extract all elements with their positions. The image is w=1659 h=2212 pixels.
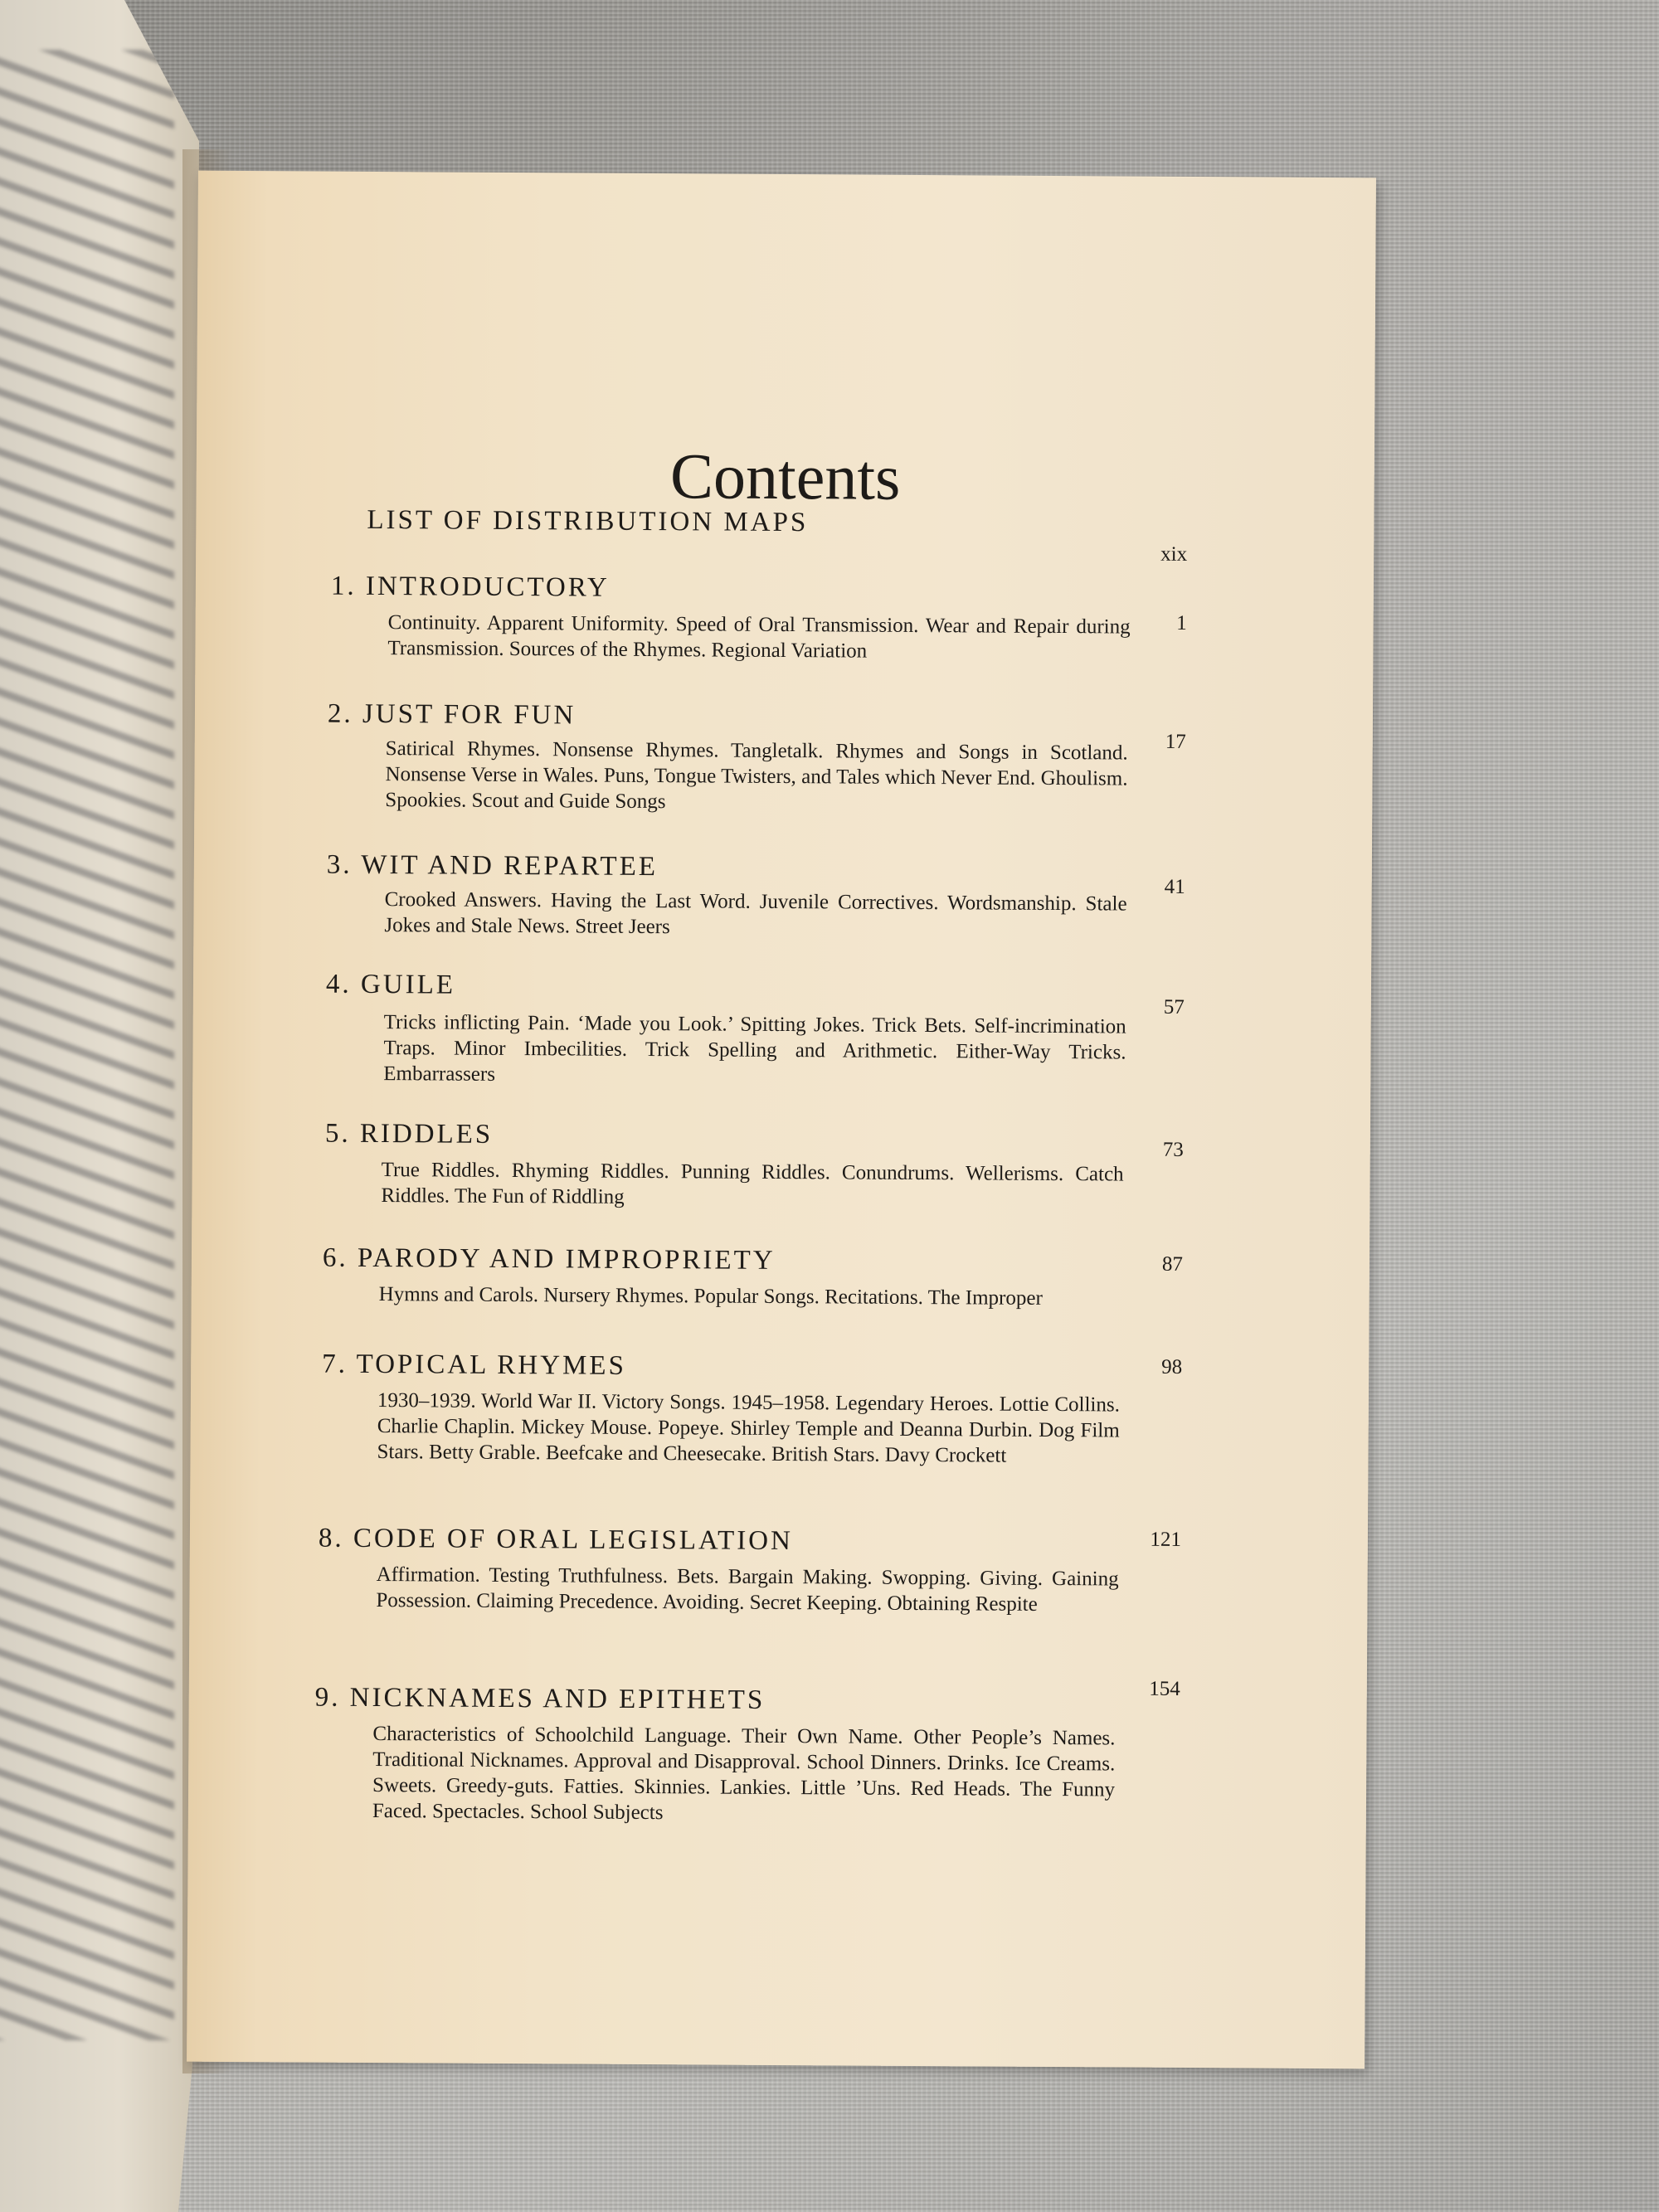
chapter-number: 1. [331,571,357,601]
toc-page-number: 87 [1133,1253,1183,1276]
table-of-contents: LIST OF DISTRIBUTION MAPS xix 1. INTRODU… [187,171,1376,2069]
toc-page-number: xix [1137,543,1187,566]
toc-page-number: 121 [1131,1529,1181,1552]
chapter-number: 6. [323,1243,348,1273]
chapter-subtopics: Characteristics of Schoolchild Language.… [372,1721,1116,1828]
chapter-title: RIDDLES [360,1119,494,1150]
toc-chapter-heading: 3. WIT AND REPARTEE [327,850,658,882]
chapter-title: JUST FOR FUN [362,699,577,731]
chapter-number: 2. [328,699,353,729]
chapter-subtopics: Tricks inflicting Pain. ‘Made you Look.’… [383,1009,1126,1091]
toc-page-number: 57 [1135,996,1185,1019]
chapter-title: GUILE [361,970,455,1000]
toc-chapter-heading: 7. TOPICAL RHYMES [322,1349,626,1382]
toc-page-number: 98 [1132,1356,1182,1379]
chapter-title: CODE OF ORAL LEGISLATION [353,1524,793,1556]
toc-chapter-heading: 4. GUILE [326,970,455,1001]
toc-chapter-heading: 2. JUST FOR FUN [328,699,577,732]
chapter-title: INTRODUCTORY [366,571,610,603]
toc-page-number: 73 [1134,1139,1184,1162]
chapter-number: 7. [322,1349,348,1379]
chapter-number: 8. [319,1524,344,1553]
chapter-number: 5. [325,1119,351,1149]
chapter-subtopics: Hymns and Carols. Nursery Rhymes. Popula… [379,1281,1121,1311]
toc-page-number: 154 [1131,1678,1180,1701]
chapter-subtopics: Satirical Rhymes. Nonsense Rhymes. Tangl… [385,736,1128,817]
chapter-subtopics: Continuity. Apparent Uniformity. Speed o… [387,610,1130,665]
toc-chapter-heading: 5. RIDDLES [325,1119,494,1150]
chapter-subtopics: 1930–1939. World War II. Victory Songs. … [377,1388,1120,1469]
contents-page: Contents LIST OF DISTRIBUTION MAPS xix 1… [187,171,1376,2069]
chapter-subtopics: True Riddles. Rhyming Riddles. Punning R… [381,1157,1123,1213]
chapter-title: NICKNAMES AND EPITHETS [350,1683,766,1715]
toc-chapter-heading: 1. INTRODUCTORY [331,571,610,604]
chapter-number: 9. [315,1683,341,1713]
toc-page-number: 41 [1136,876,1185,899]
toc-page-number: 1 [1137,612,1187,635]
toc-entry-distribution-maps: LIST OF DISTRIBUTION MAPS [367,505,808,538]
chapter-title: PARODY AND IMPROPRIETY [358,1243,776,1276]
toc-chapter-heading: 9. NICKNAMES AND EPITHETS [315,1683,766,1716]
chapter-subtopics: Crooked Answers. Having the Last Word. J… [384,887,1126,942]
chapter-number: 4. [326,970,352,999]
chapter-title: TOPICAL RHYMES [356,1349,626,1381]
chapter-number: 3. [327,850,353,880]
left-page-blurred-text [0,50,174,2040]
chapter-title: WIT AND REPARTEE [361,850,658,882]
toc-page-number: 17 [1136,731,1186,754]
toc-chapter-heading: 8. CODE OF ORAL LEGISLATION [319,1524,793,1557]
facing-left-page [0,0,199,2212]
chapter-subtopics: Affirmation. Testing Truthfulness. Bets.… [376,1562,1118,1617]
toc-chapter-heading: 6. PARODY AND IMPROPRIETY [323,1243,776,1276]
